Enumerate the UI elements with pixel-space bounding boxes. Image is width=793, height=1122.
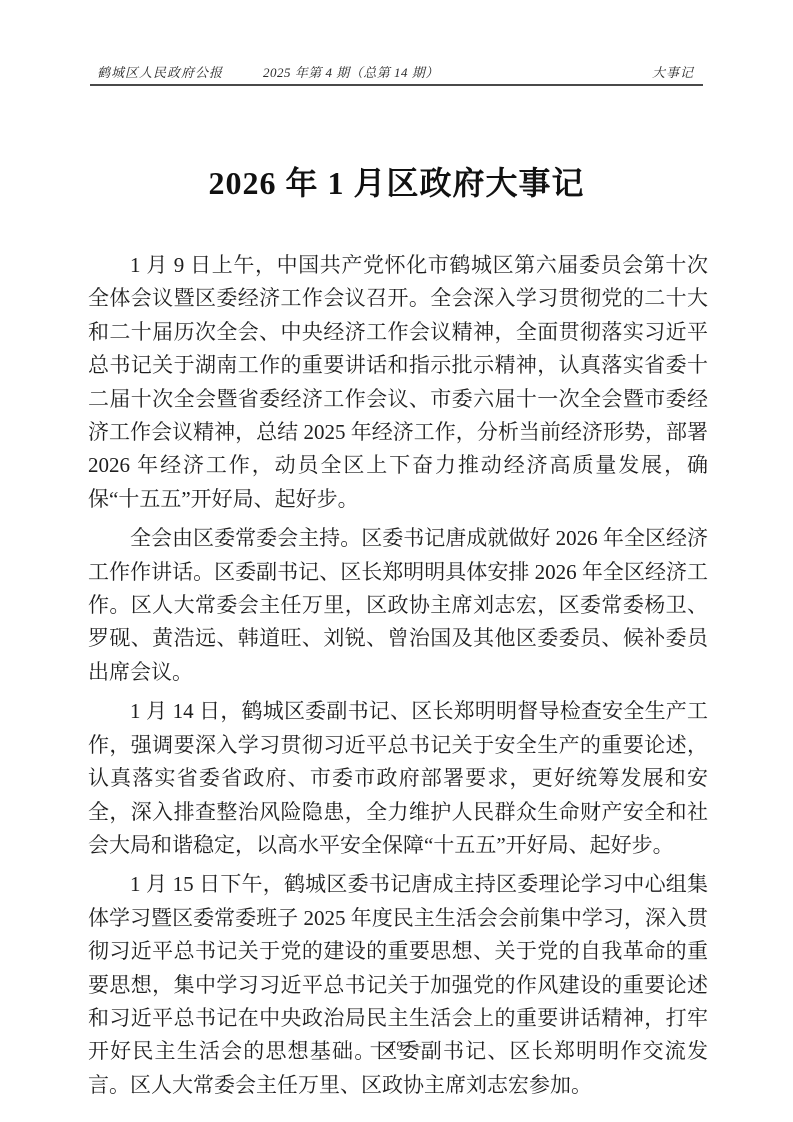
page-footer: — 19 — [0,1038,793,1054]
document-body: 1 月 9 日上午，中国共产党怀化市鹤城区第六届委员会第十次全体会议暨区委经济工… [88,249,708,1108]
header-publication-name: 鹤城区人民政府公报 [97,62,223,81]
document-title: 2026 年 1 月区政府大事记 [0,164,793,202]
header-rule [90,84,703,86]
header-issue-info: 2025 年第 4 期（总第 14 期） [263,62,439,81]
page-number: — 19 — [371,1038,423,1053]
paragraph-4: 1 月 15 日下午，鹤城区委书记唐成主持区委理论学习中心组集体学习暨区委常委班… [88,868,708,1102]
gazette-page: 鹤城区人民政府公报 2025 年第 4 期（总第 14 期） 大事记 2026 … [0,0,793,1122]
header-section-name: 大事记 [652,62,694,81]
paragraph-2: 全会由区委常委会主持。区委书记唐成就做好 2026 年全区经济工作作讲话。区委副… [88,522,708,689]
paragraph-3: 1 月 14 日，鹤城区委副书记、区长郑明明督导检查安全生产工作，强调要深入学习… [88,695,708,862]
paragraph-1: 1 月 9 日上午，中国共产党怀化市鹤城区第六届委员会第十次全体会议暨区委经济工… [88,249,708,516]
